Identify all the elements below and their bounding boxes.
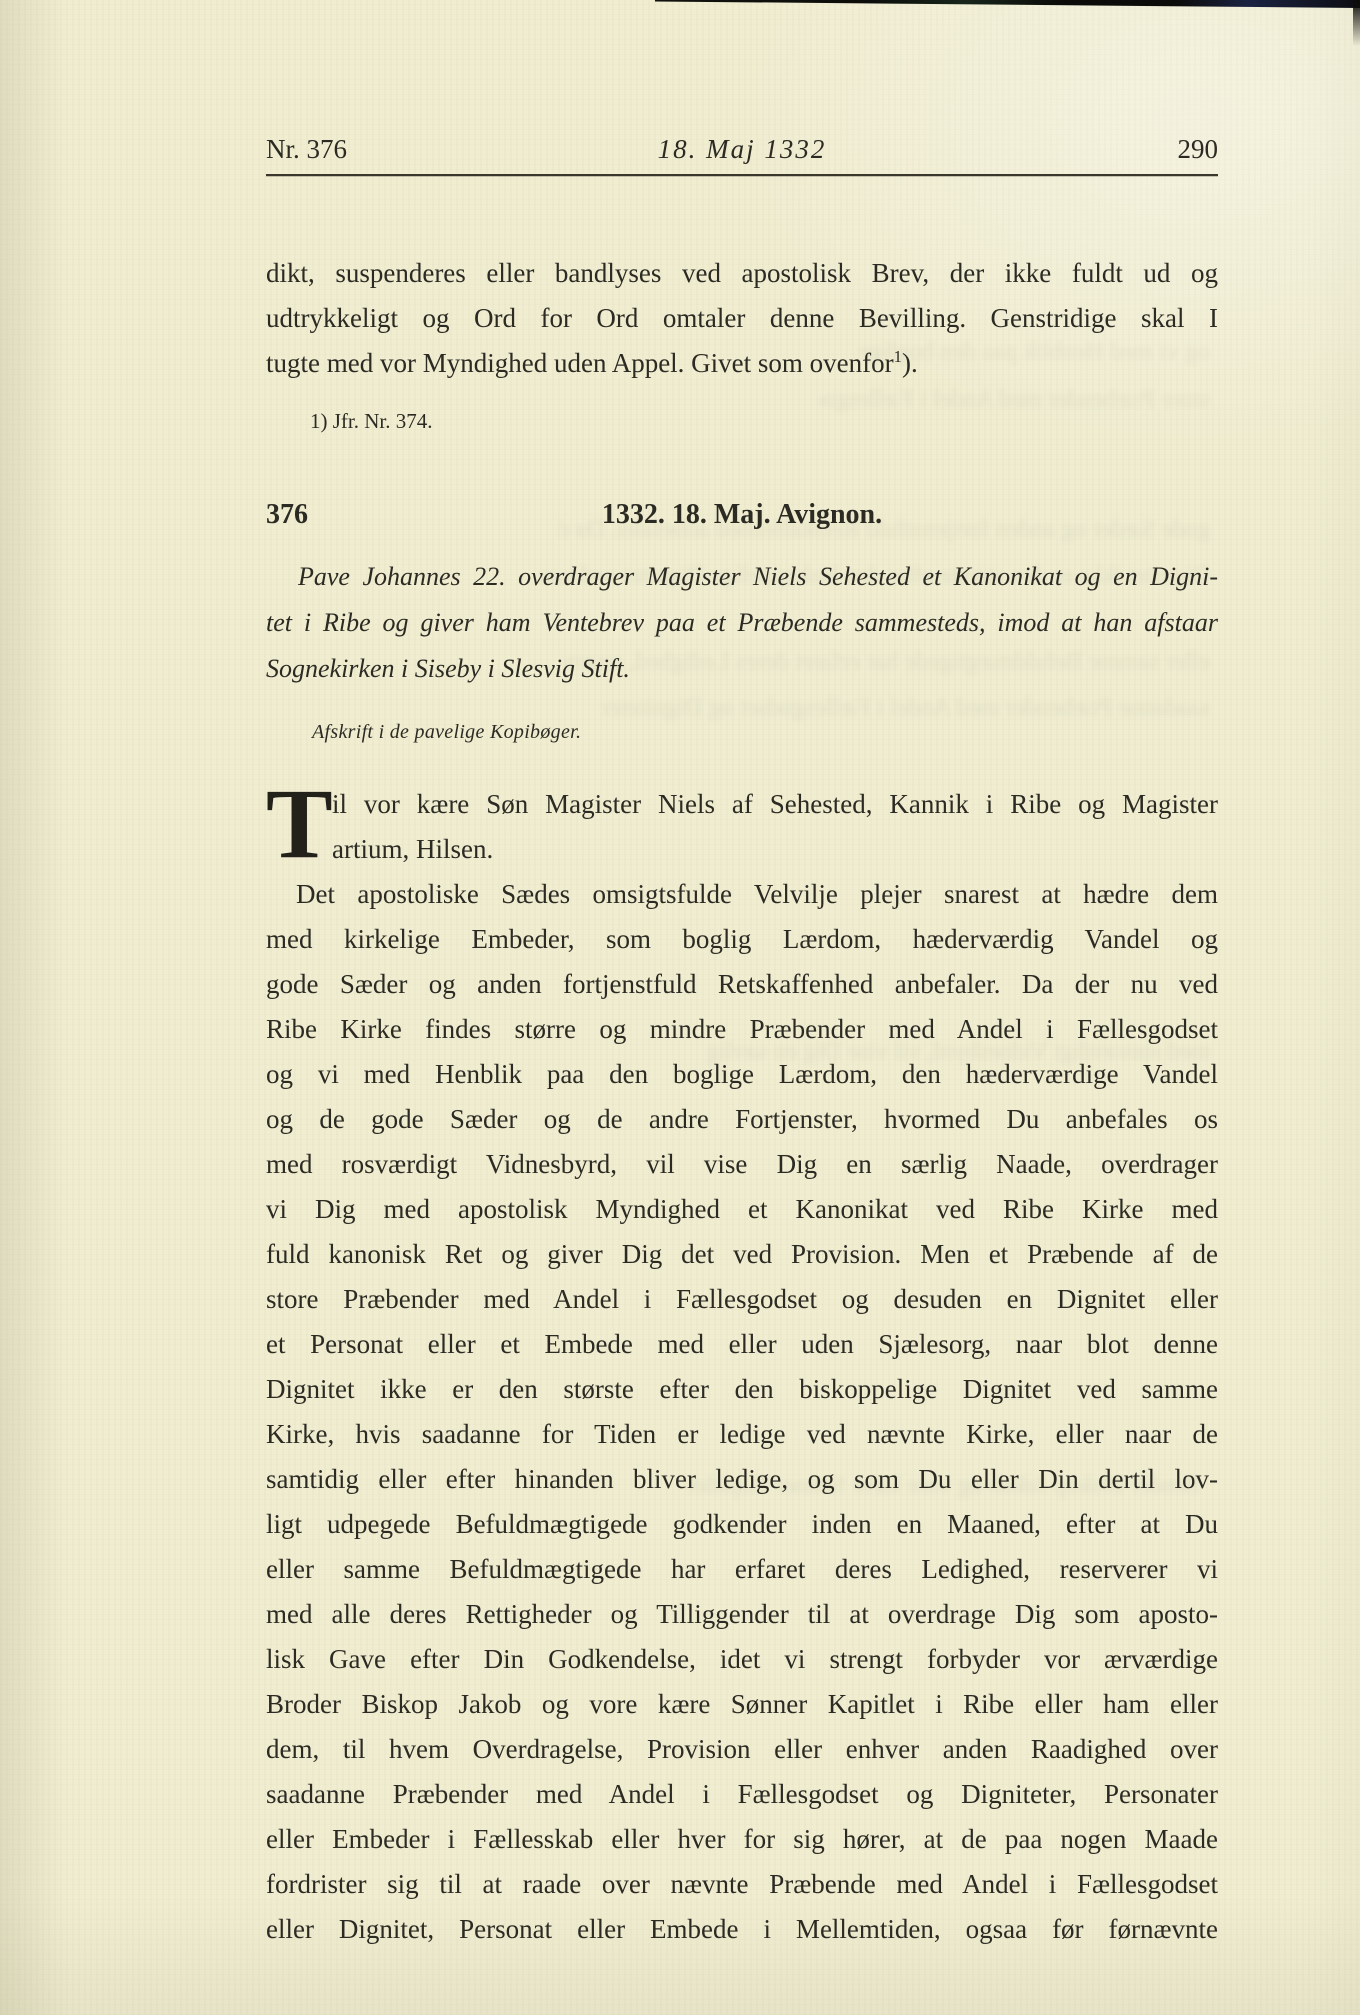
bleed-through-text: saadanne Præbender med Andel i Fællesgod… <box>600 694 1210 722</box>
text-line: og vi med Henblik paa den boglige Lærdom… <box>266 1052 1218 1097</box>
header-page-number: 290 <box>1178 134 1219 165</box>
entry-dateline: 1332. 18. Maj. Avignon. <box>602 499 882 530</box>
text-line: lisk Gave efter Din Godkendelse, idet vi… <box>266 1637 1218 1682</box>
text-line: gode Sæder og anden fortjenstfuld Retska… <box>266 962 1218 1007</box>
header-date: 18. Maj 1332 <box>266 134 1218 165</box>
entry-summary: Pave Johannes 22. overdrager Magister Ni… <box>266 554 1218 692</box>
text-line: Dignitet ikke er den største efter den b… <box>266 1367 1218 1412</box>
text-line: fuld kanonisk Ret og giver Dig det ved P… <box>266 1232 1218 1277</box>
text-line: fordrister sig til at raade over nævnte … <box>266 1862 1218 1907</box>
scan-corner-artifact <box>1353 0 1360 46</box>
letter-body: Det apostoliske Sædes omsigtsfulde Velvi… <box>266 872 1218 1952</box>
letter-text: T il vor kære Søn Magister Niels af Sehe… <box>266 782 1218 1952</box>
text-line: samtidig eller efter hinanden bliver led… <box>266 1457 1218 1502</box>
text-line: tugte med vor Myndighed uden Appel. Give… <box>266 341 1218 386</box>
scanned-book-page: og vi med Henblik paa den boglige Lærdom… <box>0 0 1360 2015</box>
text-line: saadanne Præbender med Andel i Fællesgod… <box>266 1772 1218 1817</box>
text-line: et Personat eller et Embede med eller ud… <box>266 1322 1218 1367</box>
scan-edge-artifact <box>655 0 1360 8</box>
text-line: med alle deres Rettigheder og Tilliggend… <box>266 1592 1218 1637</box>
text-line: tet i Ribe og giver ham Ventebrev paa et… <box>266 600 1218 646</box>
drop-cap: T <box>266 782 322 868</box>
text-line: med kirkelige Embeder, som boglig Lærdom… <box>266 917 1218 962</box>
text-line: Det apostoliske Sædes omsigtsfulde Velvi… <box>266 872 1218 917</box>
text-line: med rosværdigt Vidnesbyrd, vil vise Dig … <box>266 1142 1218 1187</box>
text-line: Kirke, hvis saadanne for Tiden er ledige… <box>266 1412 1218 1457</box>
text-line: Ribe Kirke findes større og mindre Præbe… <box>266 1007 1218 1052</box>
text-line: ligt udpegede Befuldmægtigede godkender … <box>266 1502 1218 1547</box>
text-line: il vor kære Søn Magister Niels af Sehest… <box>266 782 1218 827</box>
letter-opening: il vor kære Søn Magister Niels af Sehest… <box>266 782 1218 872</box>
entry-number: 376 <box>266 499 308 531</box>
text-line: udtrykkeligt og Ord for Ord omtaler denn… <box>266 296 1218 341</box>
footnote: 1) Jfr. Nr. 374. <box>266 409 1218 434</box>
text-line: vi Dig med apostolisk Myndighed et Kanon… <box>266 1187 1218 1232</box>
text-line: eller samme Befuldmægtigede har erfaret … <box>266 1547 1218 1592</box>
running-header: Nr. 376 18. Maj 1332 290 <box>266 134 1218 174</box>
header-rule <box>266 174 1218 176</box>
text-line: Pave Johannes 22. overdrager Magister Ni… <box>266 554 1218 600</box>
text-line: og de gode Sæder og de andre Fortjenster… <box>266 1097 1218 1142</box>
text-line: artium, Hilsen. <box>266 827 1218 872</box>
entry-heading: 376 1332. 18. Maj. Avignon. <box>266 499 1218 531</box>
entry-source-note: Afskrift i de pavelige Kopibøger. <box>266 721 1218 744</box>
text-line: dikt, suspenderes eller bandlyses ved ap… <box>266 251 1218 296</box>
text-line: eller Embeder i Fællesskab eller hver fo… <box>266 1817 1218 1862</box>
continuation-paragraph: dikt, suspenderes eller bandlyses ved ap… <box>266 251 1218 386</box>
text-line: eller Dignitet, Personat eller Embede i … <box>266 1907 1218 1952</box>
text-line: Sognekirken i Siseby i Slesvig Stift. <box>266 646 1218 692</box>
text-line: store Præbender med Andel i Fællesgodset… <box>266 1277 1218 1322</box>
text-line: Broder Biskop Jakob og vore kære Sønner … <box>266 1682 1218 1727</box>
text-line: dem, til hvem Overdragelse, Provision el… <box>266 1727 1218 1772</box>
